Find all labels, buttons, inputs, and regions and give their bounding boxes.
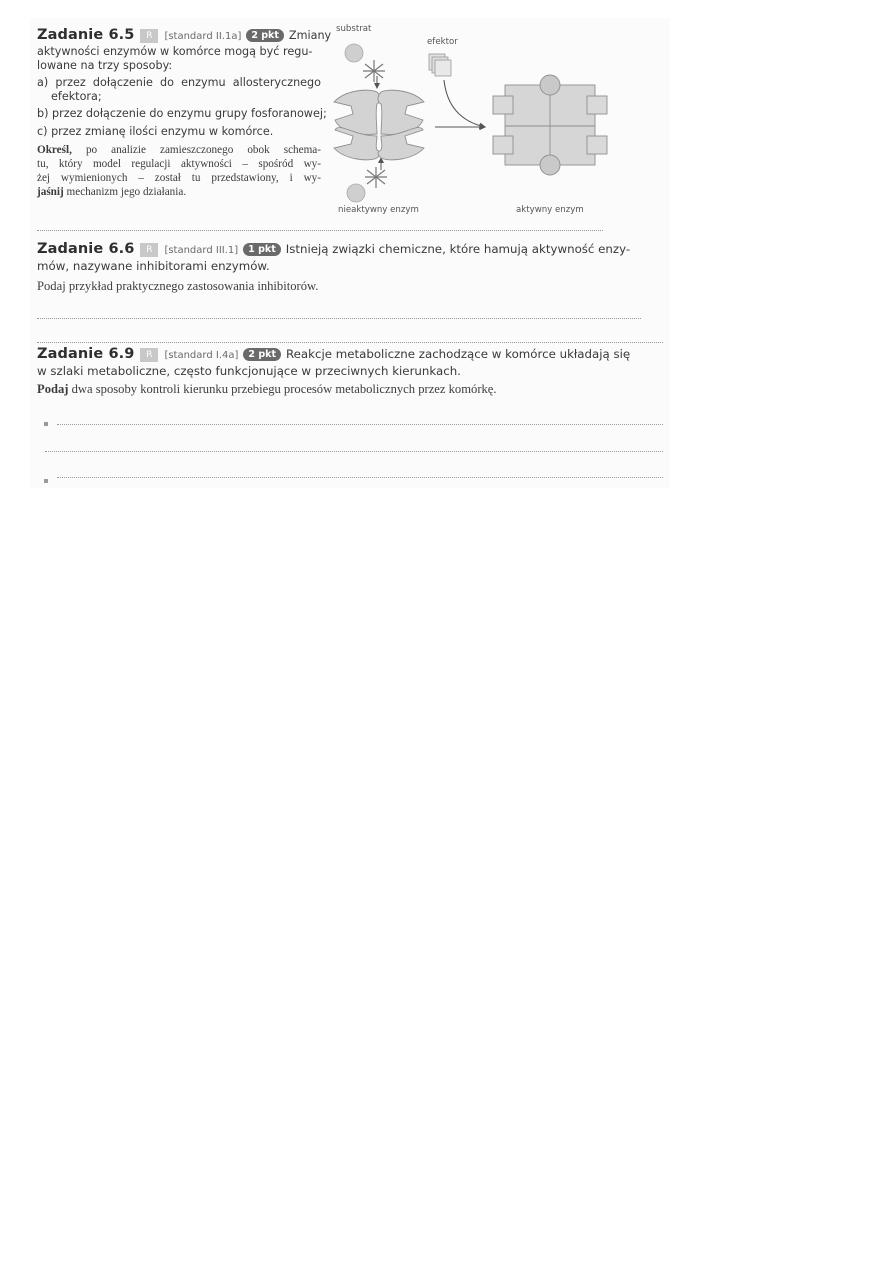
instruction-verb: Określ, [37,144,72,156]
instruction-line: tu, który model regulacji aktywności – s… [37,157,321,171]
intro-text: lowane na trzy sposoby: [37,59,172,73]
blocked-star-icon [363,60,385,82]
option-a-continuation: efektora; [51,90,102,104]
instruction-text: Podaj przykład praktycznego zastosowania… [37,279,318,294]
instruction-line: Określ, po analizie zamieszczonego obok … [37,143,321,157]
option-c: c) przez zmianę ilości enzymu w komórce. [37,125,273,139]
bullet-icon [44,479,48,483]
inactive-enzyme-shape [334,90,424,160]
blocked-star-icon [365,167,387,188]
standard-label: [standard III.1] [164,245,238,256]
option-b: b) przez dołączenie do enzymu grupy fosf… [37,107,327,121]
bullet-icon [44,422,48,426]
answer-line[interactable] [57,477,663,478]
intro-text: mów, nazywane inhibitorami enzymów. [37,259,270,273]
instruction-text: żej wymienionych – został tu przedstawio… [37,172,321,184]
answer-line[interactable] [45,451,663,452]
task-6-9-header: Zadanie 6.9R[standard I.4a]2 pktReakcje … [37,347,630,363]
instruction-text: po analizie zamieszczonego obok schema- [72,144,321,156]
section-divider [37,230,603,231]
effector-arrow [444,80,485,127]
answer-line[interactable] [57,424,663,425]
standard-label: [standard I.4a] [164,350,238,361]
instruction-line: Podaj dwa sposoby kontroli kierunku prze… [37,382,497,397]
instruction-line: żej wymienionych – został tu przedstawio… [37,171,321,185]
instruction-verb: Podaj [37,382,68,396]
points-badge: 1 pkt [243,243,281,256]
substrate-circle [347,184,365,202]
substrate-circle [345,44,363,62]
effector-icon [429,54,451,76]
enzyme-regulation-diagram [325,30,625,210]
task-title: Zadanie 6.5 [37,27,134,43]
points-badge: 2 pkt [246,29,284,42]
level-badge: R [140,243,158,257]
intro-text: w szlaki metaboliczne, często funkcjonuj… [37,364,461,378]
task-title: Zadanie 6.6 [37,241,134,257]
intro-text: Istnieją związki chemiczne, które hamują… [286,242,630,256]
task-6-6-header: Zadanie 6.6R[standard III.1]1 pktIstniej… [37,242,630,258]
level-badge: R [140,348,158,362]
active-enzyme-shape [493,75,607,175]
instruction-text: dwa sposoby kontroli kierunku przebiegu … [68,382,496,396]
level-badge: R [140,29,158,43]
intro-text: Reakcje metaboliczne zachodzące w komórc… [286,347,630,361]
section-divider [37,342,663,343]
standard-label: [standard II.1a] [164,31,241,42]
instruction-text: tu, który model regulacji aktywności – s… [37,158,321,170]
answer-line[interactable] [37,318,641,319]
task-6-5-header: Zadanie 6.5R[standard II.1a]2 pktZmiany [37,28,331,44]
intro-text: aktywności enzymów w komórce mogą być re… [37,45,312,59]
option-a: a) przez dołączenie do enzymu allosteryc… [37,76,321,90]
instruction-line: jaśnij mechanizm jego działania. [37,185,186,199]
task-title: Zadanie 6.9 [37,346,134,362]
instruction-text: mechanizm jego działania. [64,186,186,198]
scanned-page: Zadanie 6.5R[standard II.1a]2 pktZmiany … [0,0,893,1263]
instruction-verb: jaśnij [37,186,64,198]
points-badge: 2 pkt [243,348,281,361]
